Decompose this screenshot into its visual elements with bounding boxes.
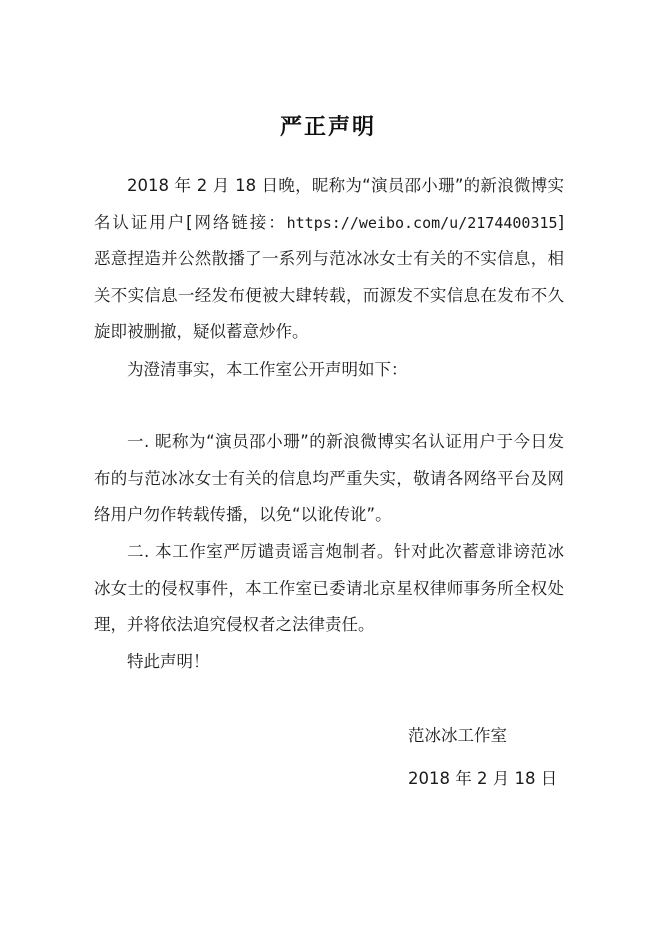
signature-organization: 范冰冰工作室 [408,722,507,746]
paragraph-closing: 特此声明！ [94,644,564,681]
paragraph-point-1: 一. 昵称为“演员邵小珊”的新浪微博实名认证用户于今日发布的与范冰冰女士有关的信… [94,424,564,534]
signature-date: 2018 年 2 月 18 日 [408,765,557,789]
weibo-link[interactable]: https://weibo.com/u/2174400315 [287,214,558,232]
paragraph-point-2: 二. 本工作室严厉谴责谣言炮制者。针对此次蓄意诽谤范冰冰女士的侵权事件，本工作室… [94,534,564,644]
document-page: 严正声明 2018 年 2 月 18 日晚，昵称为“演员邵小珊”的新浪微博实名认… [0,0,656,947]
paragraph-clarify: 为澄清事实，本工作室公开声明如下： [94,352,564,389]
paragraph-intro: 2018 年 2 月 18 日晚，昵称为“演员邵小珊”的新浪微博实名认证用户[网… [94,168,564,351]
document-title: 严正声明 [0,110,656,141]
